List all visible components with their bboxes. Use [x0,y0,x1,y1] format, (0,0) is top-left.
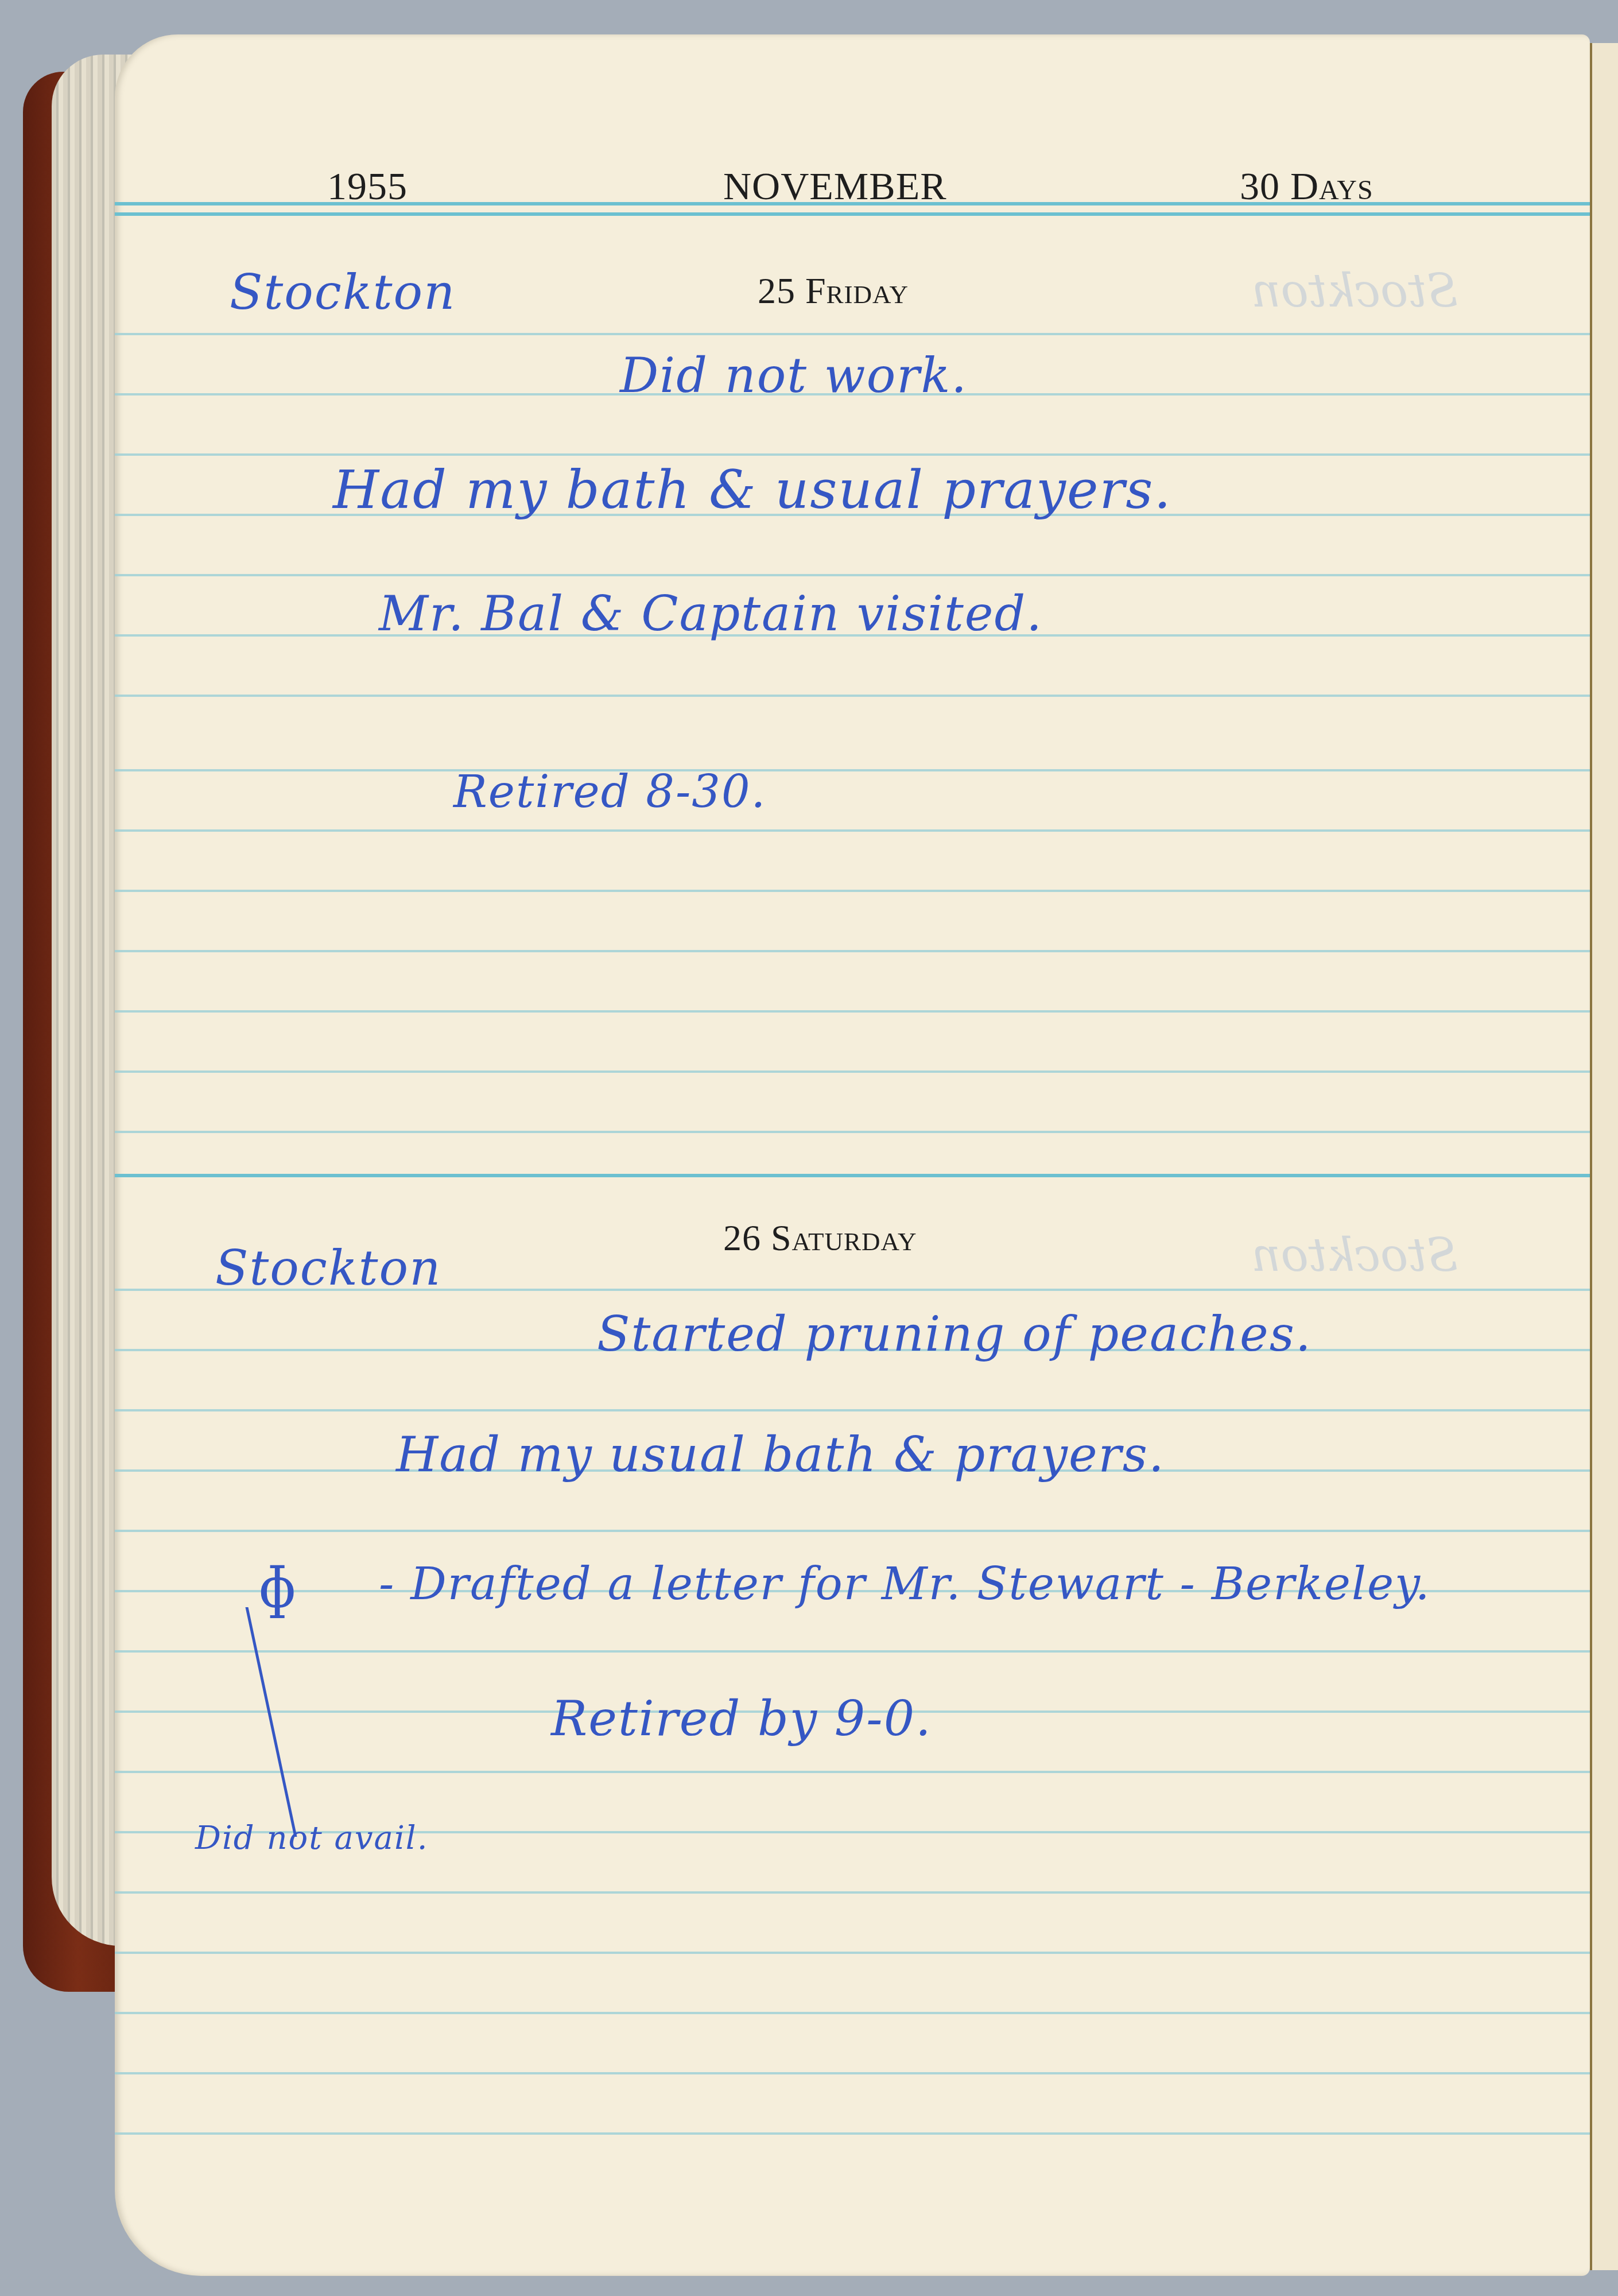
adjacent-page-edge [1590,43,1618,2270]
ruled-line [115,890,1590,892]
margin-mark-icon: ɸ [258,1556,297,1620]
ruled-line [115,829,1590,832]
entry-line: Had my usual bath & prayers. [396,1426,1165,1483]
ruled-line [115,950,1590,952]
ruled-line [115,1952,1590,1954]
show-through-text: Stockton [1251,264,1458,317]
ruled-line [115,2132,1590,2135]
margin-note: Did not avail. [195,1820,429,1857]
ruled-line [115,1530,1590,1532]
entry-line: Started pruning of peaches. [597,1306,1312,1362]
entry-location: Stockton [230,264,456,320]
ruled-line [115,1071,1590,1073]
header-rule-top [115,202,1590,205]
ruled-line [115,1771,1590,1773]
ruled-line [115,574,1590,576]
ruled-line [115,695,1590,697]
entry-line: Retired by 9-0. [551,1690,932,1747]
ruled-line [115,1010,1590,1013]
ruled-line [115,2012,1590,2014]
day-divider-rule [115,1174,1590,1177]
ruled-line [115,453,1590,456]
show-through-text: Stockton [1251,1228,1458,1282]
header-rule-bottom [115,212,1590,216]
ruled-line [115,2072,1590,2074]
entry-line: - Drafted a letter for Mr. Stewart - Ber… [379,1558,1431,1610]
margin-arrow-line [245,1607,302,1837]
ruled-line [115,1650,1590,1653]
ruled-line [115,769,1590,771]
diary-page: 1955 NOVEMBER 30 Days Stockton Stockton … [115,34,1590,2276]
entry-date-title: 25 Friday [758,270,909,312]
entry-line: Mr. Bal & Captain visited. [379,585,1043,642]
entry-location: Stockton [215,1240,441,1296]
ruled-line [115,333,1590,335]
entry-line: Had my bath & usual prayers. [333,459,1172,521]
entry-line: Retired 8-30. [453,766,766,818]
ruled-line [115,1131,1590,1133]
ruled-line [115,1409,1590,1411]
ruled-line [115,1891,1590,1894]
entry-date-title: 26 Saturday [723,1217,917,1259]
entry-line: Did not work. [620,347,968,404]
